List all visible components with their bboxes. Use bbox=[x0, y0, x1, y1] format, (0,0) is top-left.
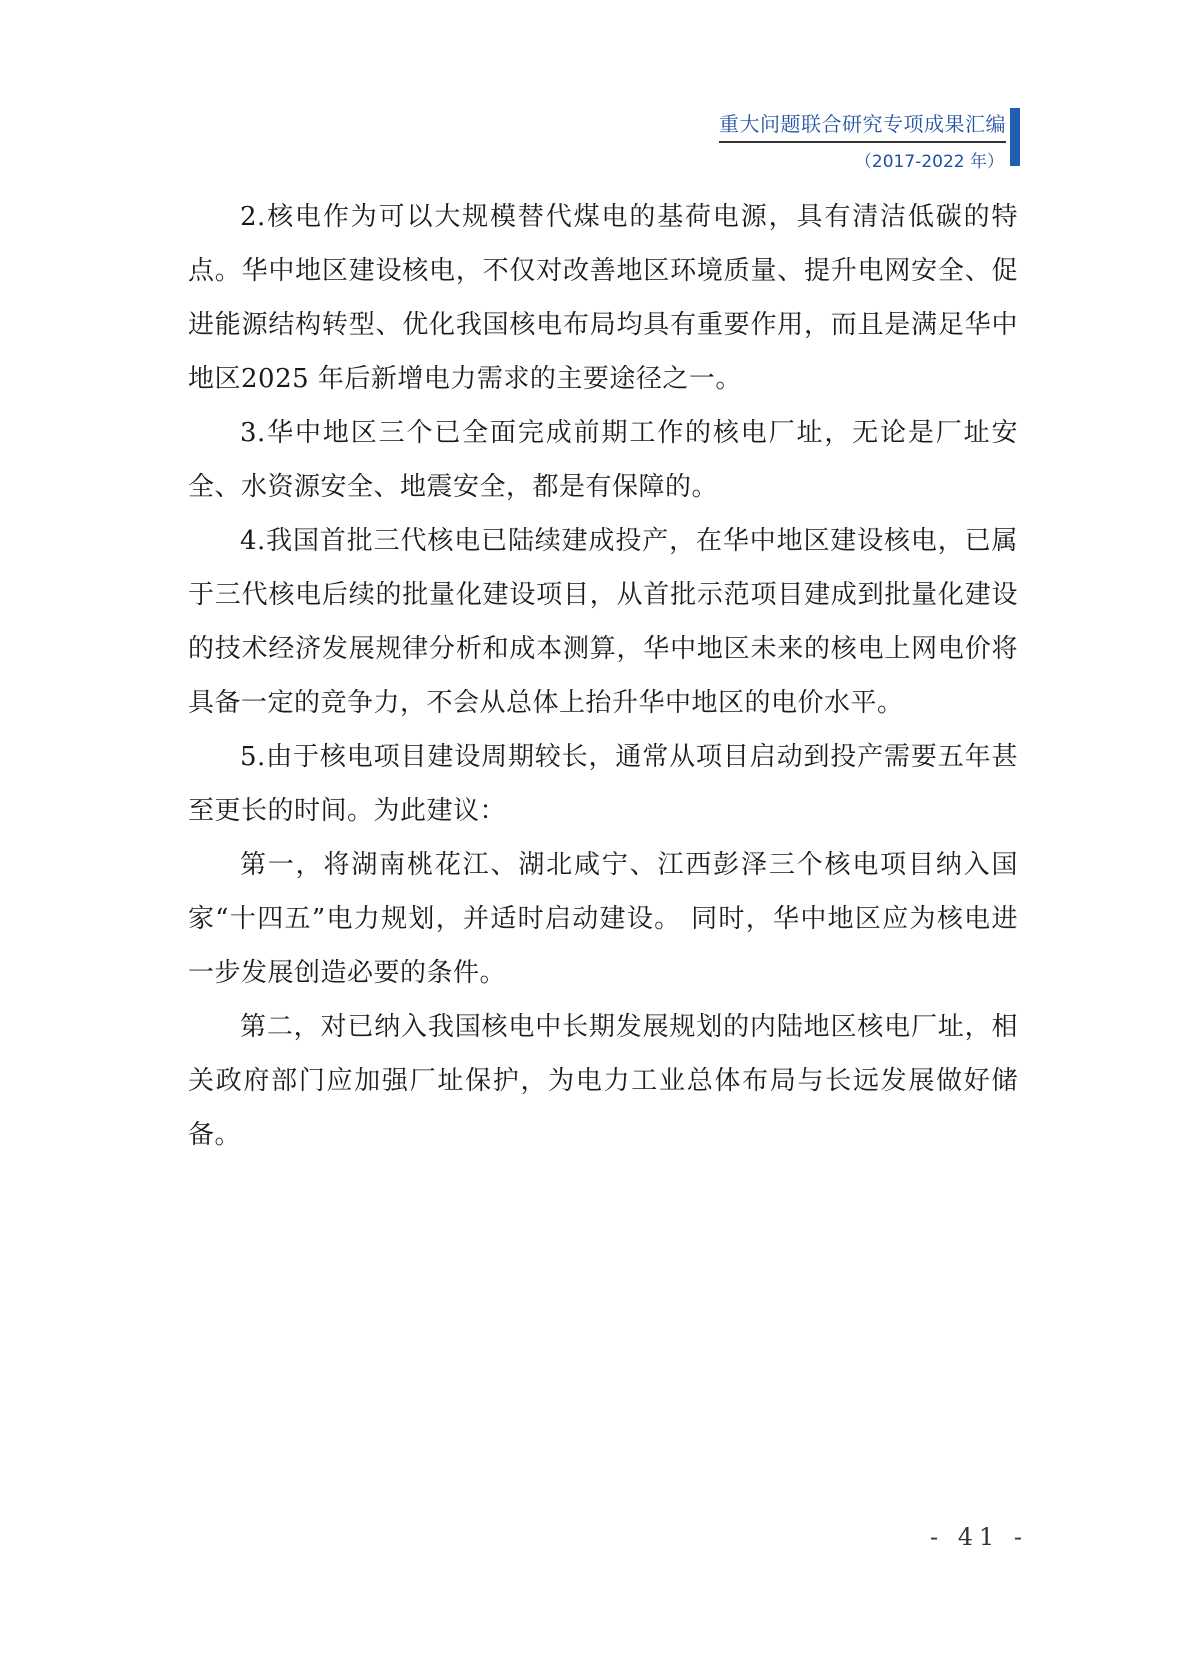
running-header: 重大问题联合研究专项成果汇编 （2017-2022 年） bbox=[719, 108, 1006, 172]
paragraph-point-3: 3.华中地区三个已全面完成前期工作的核电厂址，无论是厂址安全、水资源安全、地震安… bbox=[188, 406, 1018, 514]
paragraph-point-2: 2.核电作为可以大规模替代煤电的基荷电源，具有清洁低碳的特点。华中地区建设核电，… bbox=[188, 190, 1018, 406]
header-years: （2017-2022 年） bbox=[719, 147, 1006, 172]
paragraph-point-5: 5.由于核电项目建设周期较长，通常从项目启动到投产需要五年甚至更长的时间。为此建… bbox=[188, 730, 1018, 838]
header-title: 重大问题联合研究专项成果汇编 bbox=[719, 108, 1006, 143]
paragraph-recommendation-1: 第一，将湖南桃花江、湖北咸宁、江西彭泽三个核电项目纳入国家“十四五”电力规划，并… bbox=[188, 838, 1018, 1000]
header-accent-bar bbox=[1010, 108, 1020, 166]
page-number: - 41 - bbox=[930, 1523, 1028, 1551]
paragraph-point-4: 4.我国首批三代核电已陆续建成投产，在华中地区建设核电，已属于三代核电后续的批量… bbox=[188, 514, 1018, 730]
body-text: 2.核电作为可以大规模替代煤电的基荷电源，具有清洁低碳的特点。华中地区建设核电，… bbox=[188, 190, 1018, 1162]
paragraph-recommendation-2: 第二，对已纳入我国核电中长期发展规划的内陆地区核电厂址，相关政府部门应加强厂址保… bbox=[188, 1000, 1018, 1162]
